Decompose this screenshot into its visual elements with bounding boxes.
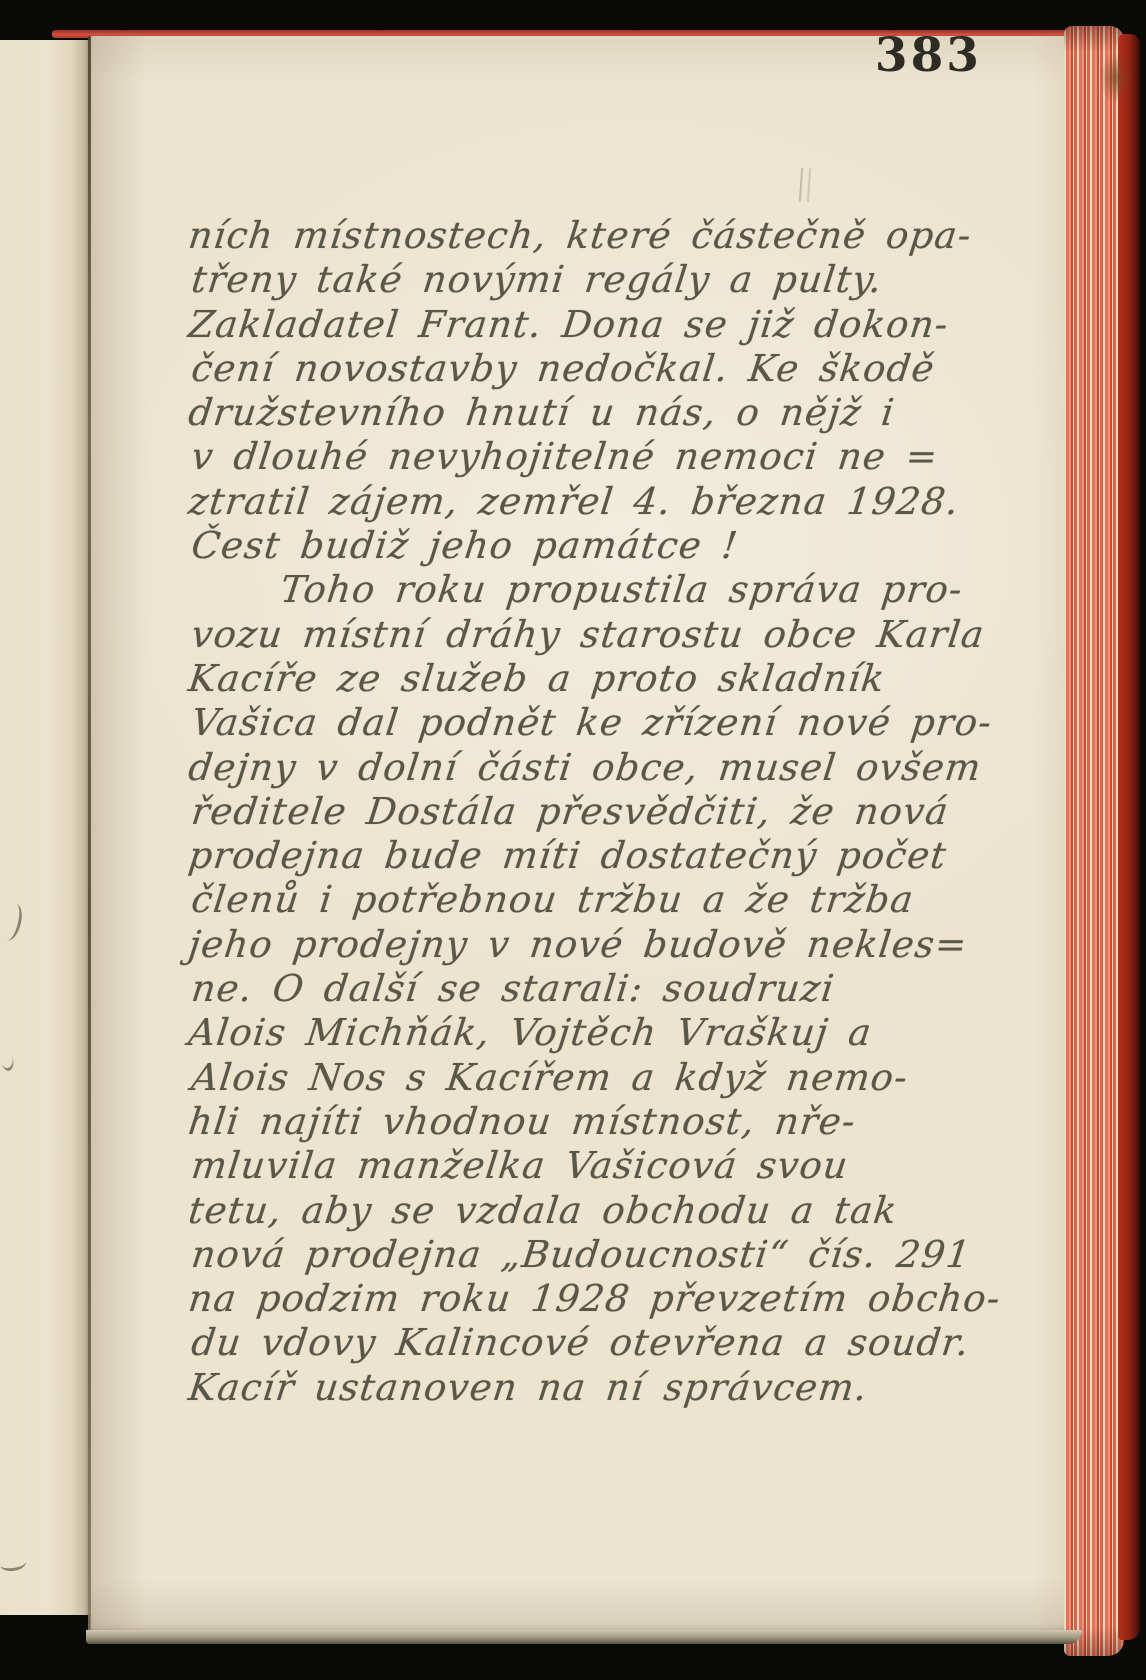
handwritten-line: prodejna bude míti dostatečný počet: [186, 834, 1037, 878]
handwritten-line: ních místnostech, které částečně opa-: [186, 214, 1037, 258]
book-cover-edge: [1118, 34, 1140, 1640]
handwritten-line: ředitele Dostála přesvědčiti, že nová: [189, 790, 1037, 834]
handwritten-line: Kacíře ze služeb a proto skladník: [186, 657, 1037, 701]
handwritten-line: Alois Michňák, Vojtěch Vraškuj a: [186, 1011, 1037, 1055]
page-edge-stack: [1064, 26, 1124, 1656]
handwritten-line: vozu místní dráhy starostu obce Karla: [189, 613, 1037, 657]
handwritten-line: třeny také novými regály a pulty.: [189, 258, 1037, 302]
handwritten-line: jeho prodejny v nové budově nekles=: [186, 923, 1037, 967]
facing-page-edge: [0, 40, 90, 1615]
corner-wear-mark: [1100, 52, 1130, 104]
handwritten-line: dejny v dolní části obce, musel ovšem: [186, 746, 1037, 790]
handwritten-line: mluvila manželka Vašicová svou: [189, 1144, 1037, 1188]
handwritten-line: čení novostavby nedočkal. Ke škodě: [189, 347, 1037, 391]
handwritten-line: členů i potřebnou tržbu a že tržba: [189, 878, 1037, 922]
page-number: 383: [872, 28, 982, 83]
handwritten-line: Kacíř ustanoven na ní správcem.: [186, 1366, 1037, 1410]
handwritten-line: družstevního hnutí u nás, o nějž i: [186, 391, 1037, 435]
handwritten-line: tetu, aby se vzdala obchodu a tak: [186, 1189, 1037, 1233]
handwritten-line: na podzim roku 1928 převzetím obcho-: [186, 1277, 1037, 1321]
bottom-page-edge: [86, 1630, 1082, 1644]
book-gutter: [88, 36, 91, 1632]
scanned-book-spread: 383 ních místnostech, které částečně opa…: [0, 0, 1146, 1680]
handwritten-line: Alois Nos s Kacířem a když nemo-: [189, 1056, 1037, 1100]
handwritten-line: hli najíti vhodnou místnost, пře-: [186, 1100, 1037, 1144]
handwritten-line: Zakladatel Frant. Dona se již dokon-: [186, 303, 1037, 347]
handwritten-line: Vašica dal podnět ke zřízení nové pro-: [189, 701, 1037, 745]
handwritten-line: ne. O další se starali: soudruzi: [189, 967, 1037, 1011]
handwriting-block: ních místnostech, které částečně opa- tř…: [186, 214, 1032, 1410]
handwritten-line-paragraph-start: Toho roku propustila správa pro-: [186, 568, 1037, 612]
handwritten-line: v dlouhé nevyhojitelné nemoci ne =: [189, 435, 1037, 479]
handwritten-line: du vdovy Kalincové otevřena a soudr.: [189, 1321, 1037, 1365]
handwritten-line: ztratil zájem, zemřel 4. března 1928.: [186, 480, 1037, 524]
handwritten-line: Čest budiž jeho památce !: [189, 524, 1037, 568]
handwritten-line: nová prodejna „Budoucnosti“ čís. 291: [189, 1233, 1037, 1277]
